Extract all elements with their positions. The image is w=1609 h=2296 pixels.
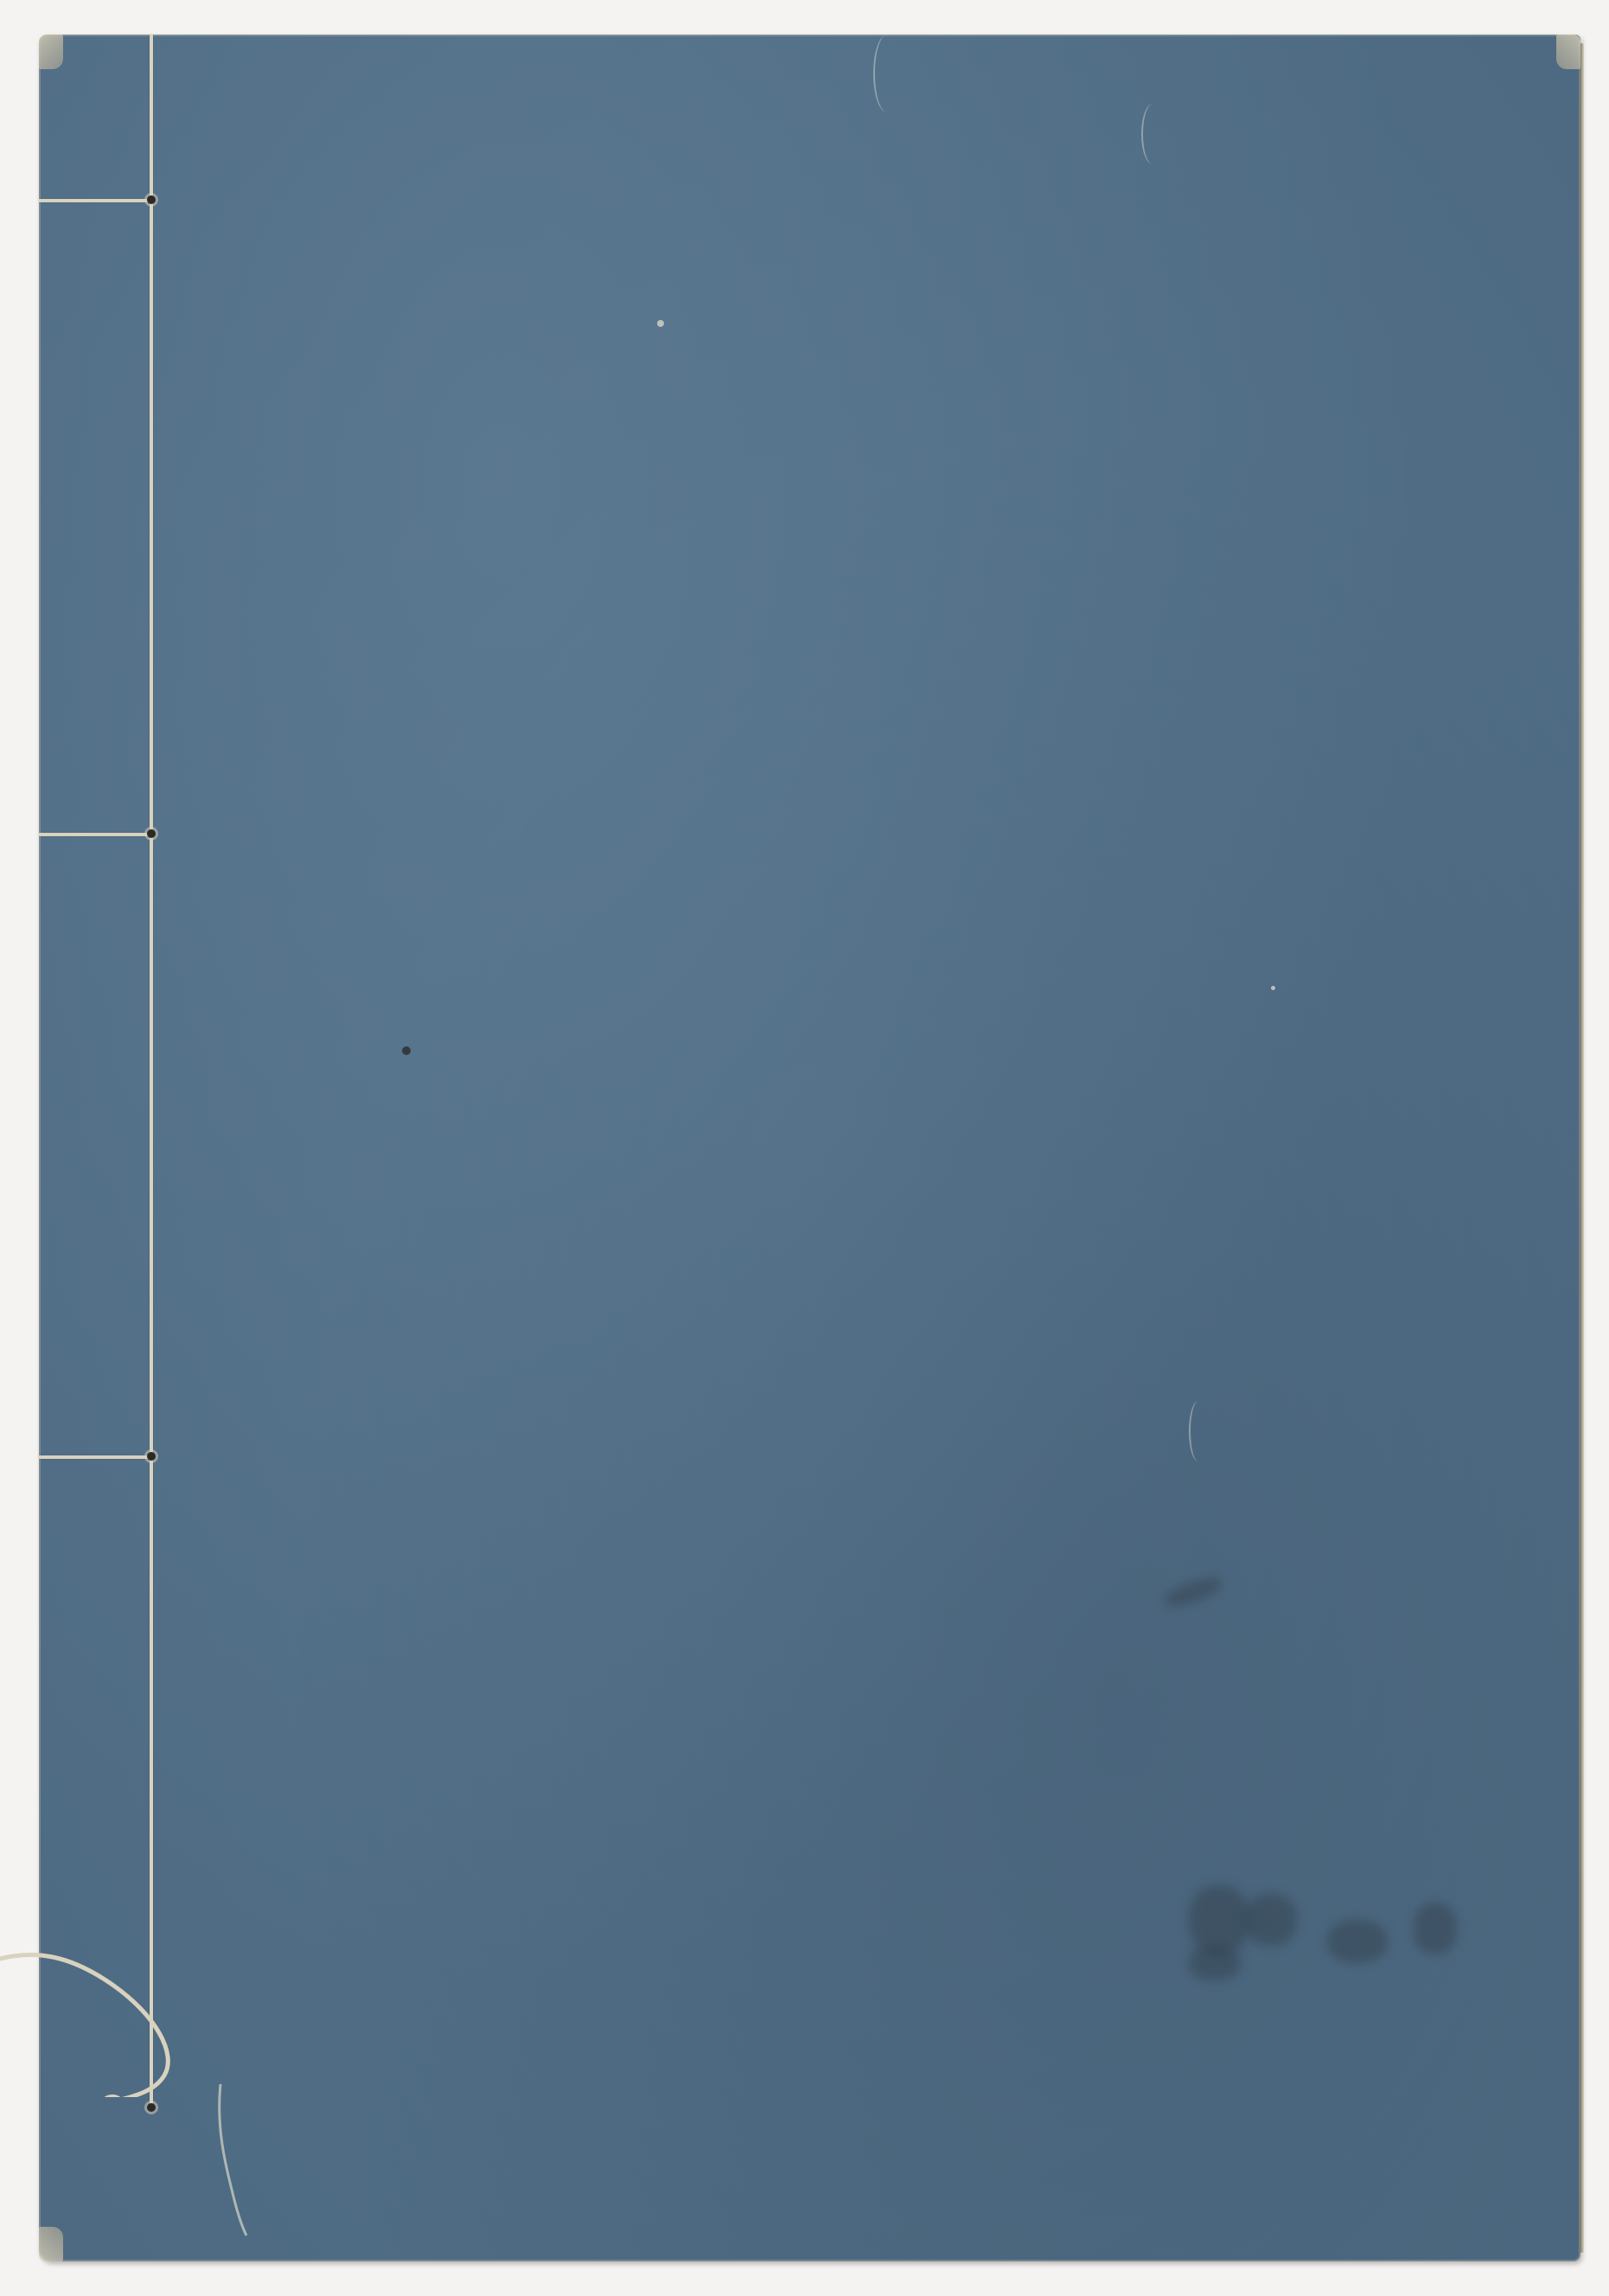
- paper-fiber: [873, 35, 901, 112]
- stain: [1161, 1573, 1224, 1612]
- stitch-hole-4: [147, 2103, 156, 2112]
- stitch-hole-1: [147, 195, 156, 204]
- worn-corner-bottom-left: [39, 2227, 63, 2261]
- stain: [1327, 1920, 1388, 1963]
- binding-thread-stitch-2: [39, 833, 153, 836]
- paper-fiber: [1141, 104, 1165, 164]
- stitch-hole-3: [147, 1452, 156, 1461]
- stitch-hole-2: [147, 829, 156, 838]
- stray-fiber: [212, 2084, 264, 2240]
- worn-corner-top-left: [39, 35, 63, 69]
- binding-thread-stitch-1: [39, 199, 153, 202]
- worn-corner-top-right: [1556, 35, 1580, 69]
- book-cover: [39, 35, 1580, 2261]
- stain: [1245, 1894, 1297, 1946]
- page-edge: [1580, 43, 1584, 2253]
- binding-thread-spine: [150, 35, 153, 2106]
- loose-thread-knot: [0, 1924, 225, 2097]
- paper-fleck: [1271, 986, 1275, 990]
- stain: [1189, 1946, 1241, 1980]
- paper-fiber: [1189, 1401, 1208, 1461]
- paper-fleck: [657, 320, 664, 327]
- stain: [1414, 1903, 1457, 1954]
- binding-thread-stitch-3: [39, 1455, 153, 1459]
- dark-speck: [402, 1046, 411, 1055]
- stain: [1189, 1885, 1249, 1954]
